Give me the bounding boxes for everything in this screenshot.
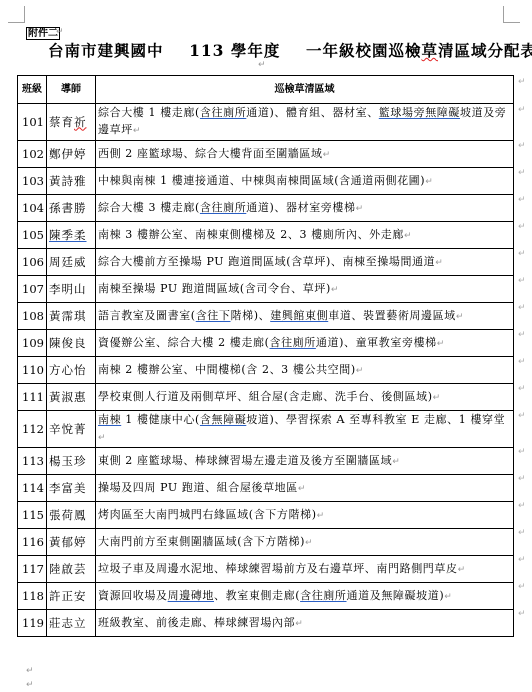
table-row: 117陸啟芸垃圾子車及周邊水泥地、棒球練習場前方及右邊草坪、南門路側門草皮↵ [18,556,514,583]
header-class: 班級 [18,76,47,104]
area-text: 垃圾子車及周邊水泥地、棒球練習場前方及右邊草坪、南門路側門草皮 [98,562,458,575]
area-text: 坡道)、學習探索 A 至專科教室 E 走廊、1 樓穿堂 [246,413,505,426]
header-teacher: 導師 [47,76,96,104]
teacher-name: 辛悅菁 [47,411,96,448]
area-text: 南棟 3 樓辦公室、南棟東側樓梯及 2、3 樓廁所內、外走廊 [98,228,404,241]
row-end-mark-icon: ↵ [518,609,526,619]
teacher-name: 蔡育祈 [47,104,96,141]
area-text: 綜合大樓 3 樓走廊( [98,201,200,214]
paragraph-mark-icon: ↵ [425,177,433,187]
teacher-name: 陸啟芸 [47,556,96,583]
class-number: 119 [18,610,47,637]
class-number: 106 [18,249,47,276]
teacher-name: 張荷鳳 [47,502,96,529]
area-text: 通道)、器材室旁樓梯 [246,201,355,214]
area-description: 大南門前方至東側圍牆區域(含下方階梯)↵ [96,529,514,556]
grammar-flagged-text[interactable]: 建興館東側 [270,309,328,322]
area-text: 車道、裝置藝術周邊區域 [328,309,456,322]
paragraph-mark-icon: ↵ [26,680,34,690]
teacher-name-text: 莊志立 [49,616,87,630]
table-row: 114李富美操場及四周 PU 跑道、組合屋後草地區↵ [18,475,514,502]
teacher-name: 陳季柔 [47,222,96,249]
paragraph-mark-icon: ↵ [435,258,443,268]
class-number: 101 [18,104,47,141]
table-row: 113楊玉珍東側 2 座籃球場、棒球練習場左邊走道及後方至圍牆區域↵ [18,448,514,475]
class-number: 115 [18,502,47,529]
class-number: 112 [18,411,47,448]
area-text: 學校東側人行道及兩側草坪、組合屋(含走廊、洗手台、後側區域) [98,390,433,403]
table-header-row: 班級 導師 巡檢草清區域 [18,76,514,104]
paragraph-mark-icon: ↵ [56,27,64,37]
table-row: 116黃郁婷大南門前方至東側圍牆區域(含下方階梯)↵ [18,529,514,556]
row-end-mark-icon: ↵ [518,582,526,592]
paragraph-mark-icon: ↵ [133,126,141,136]
area-description: 南棟 3 樓辦公室、南棟東側樓梯及 2、3 樓廁所內、外走廊↵ [96,222,514,249]
class-number: 114 [18,475,47,502]
row-end-mark-icon: ↵ [518,474,526,484]
area-description: 南棟 1 樓健康中心(含無障礙坡道)、學習探索 A 至專科教室 E 走廊、1 樓… [96,411,514,448]
area-text: 大南門前方至東側圍牆區域(含下方階梯) [98,535,305,548]
area-description: 南棟至操場 PU 跑道間區域(含司令台、草坪)↵ [96,276,514,303]
teacher-name: 陳俊良 [47,330,96,357]
row-end-mark-icon: ↵ [518,384,526,394]
class-number: 110 [18,357,47,384]
area-text: 、教室東側走廊( [214,589,300,602]
teacher-name-text: 陳俊良 [49,336,87,350]
teacher-name-text: 鄭伊婷 [49,147,87,161]
row-end-mark-icon: ↵ [518,77,526,87]
teacher-name-text: 黃霈琪 [49,309,87,323]
title-subject-a: 一年級校園巡檢 [306,41,422,60]
area-description: 班級教室、前後走廊、棒球練習場內部↵ [96,610,514,637]
paragraph-mark-icon: ↵ [444,592,452,602]
area-text: 南棟 2 樓辦公室、中間樓梯(含 2、3 樓公共空間) [98,363,356,376]
row-end-mark-icon: ↵ [518,555,526,565]
area-description: 綜合大樓前方至操場 PU 跑道間區域(含草坪)、南棟至操場間通道↵ [96,249,514,276]
class-number: 104 [18,195,47,222]
table-row: 102鄭伊婷西側 2 座籃球場、綜合大樓背面至圍牆區域↵ [18,141,514,168]
teacher-name-text: 孫書勝 [49,201,87,215]
area-text: 語言教室及圖書室( [98,309,196,322]
teacher-name: 楊玉珍 [47,448,96,475]
row-end-mark-icon: ↵ [518,168,526,178]
teacher-name: 李明山 [47,276,96,303]
area-text: 綜合大樓 1 樓走廊( [98,106,200,119]
row-end-mark-icon: ↵ [518,105,526,115]
row-end-mark-icon: ↵ [518,141,526,151]
class-number: 113 [18,448,47,475]
area-description: 烤肉區至大南門城門右緣區域(含下方階梯)↵ [96,502,514,529]
grammar-flagged-text[interactable]: 含無障礙 [200,413,246,426]
area-description: 西側 2 座籃球場、綜合大樓背面至圍牆區域↵ [96,141,514,168]
area-description: 垃圾子車及周邊水泥地、棒球練習場前方及右邊草坪、南門路側門草皮↵ [96,556,514,583]
row-end-mark-icon: ↵ [518,276,526,286]
area-text: 資優辦公室、綜合大樓 2 樓走廊( [98,336,269,349]
class-number: 108 [18,303,47,330]
area-text: 通道)、童軍教室旁樓梯 [316,336,437,349]
grammar-flagged-text[interactable]: 含往廁所 [269,336,315,349]
paragraph-mark-icon: ↵ [305,538,313,548]
row-end-mark-icon: ↵ [518,501,526,511]
teacher-name: 莊志立 [47,610,96,637]
title-subject-b: 清區域分配表 [438,41,532,60]
paragraph-mark-icon: ↵ [26,666,34,676]
class-number: 117 [18,556,47,583]
class-number: 111 [18,384,47,411]
area-description: 學校東側人行道及兩側草坪、組合屋(含走廊、洗手台、後側區域)↵ [96,384,514,411]
area-text: 東側 2 座籃球場、棒球練習場左邊走道及後方至圍牆區域 [98,454,392,467]
area-text: 1 樓健康中心( [121,413,200,426]
document-title: 台南市建興國中 113 學年度 一年級校園巡檢草清區域分配表↵ [48,39,532,61]
class-number: 107 [18,276,47,303]
area-text: 階梯)、 [231,309,271,322]
teacher-name: 孫書勝 [47,195,96,222]
teacher-name: 方心怡 [47,357,96,384]
teacher-name-text: 李明山 [49,282,87,296]
teacher-name-text: 楊玉珍 [49,454,87,468]
area-description: 中棟與南棟 1 樓連接通道、中棟與南棟間區域(含通道兩側花圃)↵ [96,168,514,195]
paragraph-mark-icon: ↵ [258,60,266,70]
teacher-name-text: 陳季柔 [49,228,87,242]
area-text: 資源回收場及 [98,589,168,602]
teacher-name: 周廷威 [47,249,96,276]
teacher-name-text: 黃詩雅 [49,174,87,188]
area-description: 南棟 2 樓辦公室、中間樓梯(含 2、3 樓公共空間)↵ [96,357,514,384]
area-text: 西側 2 座籃球場、綜合大樓背面至圍牆區域 [98,147,323,160]
row-end-mark-icon: ↵ [518,195,526,205]
class-number: 102 [18,141,47,168]
teacher-name: 黃郁婷 [47,529,96,556]
class-number: 103 [18,168,47,195]
area-description: 語言教室及圖書室(含往下階梯)、建興館東側車道、裝置藝術周邊區域↵ [96,303,514,330]
grammar-flagged-text[interactable]: 南棟 [98,413,121,426]
grammar-flagged-text[interactable]: 含往廁所 [200,106,246,119]
page-corner-mark-right [503,6,520,23]
table-row: 110方心怡南棟 2 樓辦公室、中間樓梯(含 2、3 樓公共空間)↵ [18,357,514,384]
teacher-name: 黃詩雅 [47,168,96,195]
grammar-flagged-text[interactable]: 含往廁所 [300,589,346,602]
page-corner-mark-left [8,6,25,23]
table-row: 104孫書勝綜合大樓 3 樓走廊(含往廁所通道)、器材室旁樓梯↵ [18,195,514,222]
teacher-name-text: 張荷鳳 [49,508,87,522]
teacher-name: 黃霈琪 [47,303,96,330]
table-body: 101蔡育祈綜合大樓 1 樓走廊(含往廁所通道)、體育組、器材室、籃球場旁無障礙… [18,104,514,637]
title-spellcheck-word[interactable]: 草 [421,41,438,60]
paragraph-mark-icon: ↵ [331,285,339,295]
table-row: 101蔡育祈綜合大樓 1 樓走廊(含往廁所通道)、體育組、器材室、籃球場旁無障礙… [18,104,514,141]
teacher-name-text: 許正安 [49,589,87,603]
paragraph-mark-icon: ↵ [295,619,303,629]
area-text: 操場及四周 PU 跑道、組合屋後草地區 [98,481,298,494]
teacher-name-text: 周廷威 [49,255,87,269]
table-row: 108黃霈琪語言教室及圖書室(含往下階梯)、建興館東側車道、裝置藝術周邊區域↵ [18,303,514,330]
teacher-name: 李富美 [47,475,96,502]
area-description: 綜合大樓 1 樓走廊(含往廁所通道)、體育組、器材室、籃球場旁無障礙坡道及旁邊草… [96,104,514,141]
paragraph-mark-icon: ↵ [433,393,441,403]
area-description: 資優辦公室、綜合大樓 2 樓走廊(含往廁所通道)、童軍教室旁樓梯↵ [96,330,514,357]
header-area: 巡檢草清區域 [96,76,514,104]
row-end-mark-icon: ↵ [518,222,526,232]
area-text: 南棟至操場 PU 跑道間區域(含司令台、草坪) [98,282,331,295]
teacher-name-text: 方心怡 [49,363,87,377]
area-text: 通道及無障礙坡道) [347,589,445,602]
paragraph-mark-icon: ↵ [392,457,400,467]
paragraph-mark-icon: ↵ [356,204,364,214]
table-row: 107李明山南棟至操場 PU 跑道間區域(含司令台、草坪)↵ [18,276,514,303]
teacher-name: 鄭伊婷 [47,141,96,168]
row-end-mark-icon: ↵ [518,303,526,313]
row-end-mark-icon: ↵ [518,249,526,259]
teacher-name: 黃淑惠 [47,384,96,411]
table-row: 109陳俊良資優辦公室、綜合大樓 2 樓走廊(含往廁所通道)、童軍教室旁樓梯↵ [18,330,514,357]
area-text: 中棟與南棟 1 樓連接通道、中棟與南棟間區域(含通道兩側花圃) [98,174,425,187]
paragraph-mark-icon: ↵ [323,150,331,160]
table-row: 105陳季柔南棟 3 樓辦公室、南棟東側樓梯及 2、3 樓廁所內、外走廊↵ [18,222,514,249]
paragraph-mark-icon: ↵ [356,366,364,376]
area-description: 綜合大樓 3 樓走廊(含往廁所通道)、器材室旁樓梯↵ [96,195,514,222]
table-row: 119莊志立班級教室、前後走廊、棒球練習場內部↵ [18,610,514,637]
teacher-name-text: 蔡育 [49,115,74,129]
title-year: 113 學年度 [189,41,280,60]
teacher-name-text: 陸啟芸 [49,562,87,576]
area-description: 東側 2 座籃球場、棒球練習場左邊走道及後方至圍牆區域↵ [96,448,514,475]
row-end-mark-icon: ↵ [518,528,526,538]
grammar-flagged-text[interactable]: 含往下 [196,309,231,322]
class-number: 116 [18,529,47,556]
grammar-flagged-text[interactable]: 周邊磚地 [168,589,214,602]
paragraph-mark-icon: ↵ [298,484,306,494]
row-end-mark-icon: ↵ [518,447,526,457]
table-row: 115張荷鳳烤肉區至大南門城門右緣區域(含下方階梯)↵ [18,502,514,529]
grammar-flagged-text[interactable]: 籃球場旁無障礙 [379,106,460,119]
paragraph-mark-icon: ↵ [317,511,325,521]
class-number: 109 [18,330,47,357]
teacher-name-text: 辛悅菁 [49,422,87,436]
area-text: 烤肉區至大南門城門右緣區域(含下方階梯) [98,508,317,521]
paragraph-mark-icon: ↵ [437,339,445,349]
table-row: 111黃淑惠學校東側人行道及兩側草坪、組合屋(含走廊、洗手台、後側區域)↵ [18,384,514,411]
teacher-name-text: 李富美 [49,481,87,495]
table-row: 103黃詩雅中棟與南棟 1 樓連接通道、中棟與南棟間區域(含通道兩側花圃)↵ [18,168,514,195]
title-school: 台南市建興國中 [48,41,164,60]
area-text: 通道)、體育組、器材室、 [246,106,379,119]
area-description: 操場及四周 PU 跑道、組合屋後草地區↵ [96,475,514,502]
area-description: 資源回收場及周邊磚地、教室東側走廊(含往廁所通道及無障礙坡道)↵ [96,583,514,610]
assignment-table: 班級 導師 巡檢草清區域 101蔡育祈綜合大樓 1 樓走廊(含往廁所通道)、體育… [17,75,514,637]
paragraph-mark-icon: ↵ [98,433,106,443]
paragraph-mark-icon: ↵ [404,231,412,241]
table-row: 112辛悅菁南棟 1 樓健康中心(含無障礙坡道)、學習探索 A 至專科教室 E … [18,411,514,448]
grammar-flagged-text[interactable]: 含往廁所 [200,201,246,214]
spellcheck-word[interactable]: 祈 [74,115,87,129]
table-row: 118許正安資源回收場及周邊磚地、教室東側走廊(含往廁所通道及無障礙坡道)↵ [18,583,514,610]
paragraph-mark-icon: ↵ [456,312,464,322]
area-text: 綜合大樓前方至操場 PU 跑道間區域(含草坪)、南棟至操場間通道 [98,255,435,268]
teacher-name: 許正安 [47,583,96,610]
row-end-mark-icon: ↵ [518,411,526,421]
paragraph-mark-icon: ↵ [458,565,466,575]
class-number: 118 [18,583,47,610]
teacher-name-text: 黃郁婷 [49,535,87,549]
row-end-mark-icon: ↵ [518,357,526,367]
row-end-mark-icon: ↵ [518,330,526,340]
table-row: 106周廷威綜合大樓前方至操場 PU 跑道間區域(含草坪)、南棟至操場間通道↵ [18,249,514,276]
class-number: 105 [18,222,47,249]
area-text: 班級教室、前後走廊、棒球練習場內部 [98,616,295,629]
teacher-name-text: 黃淑惠 [49,390,87,404]
